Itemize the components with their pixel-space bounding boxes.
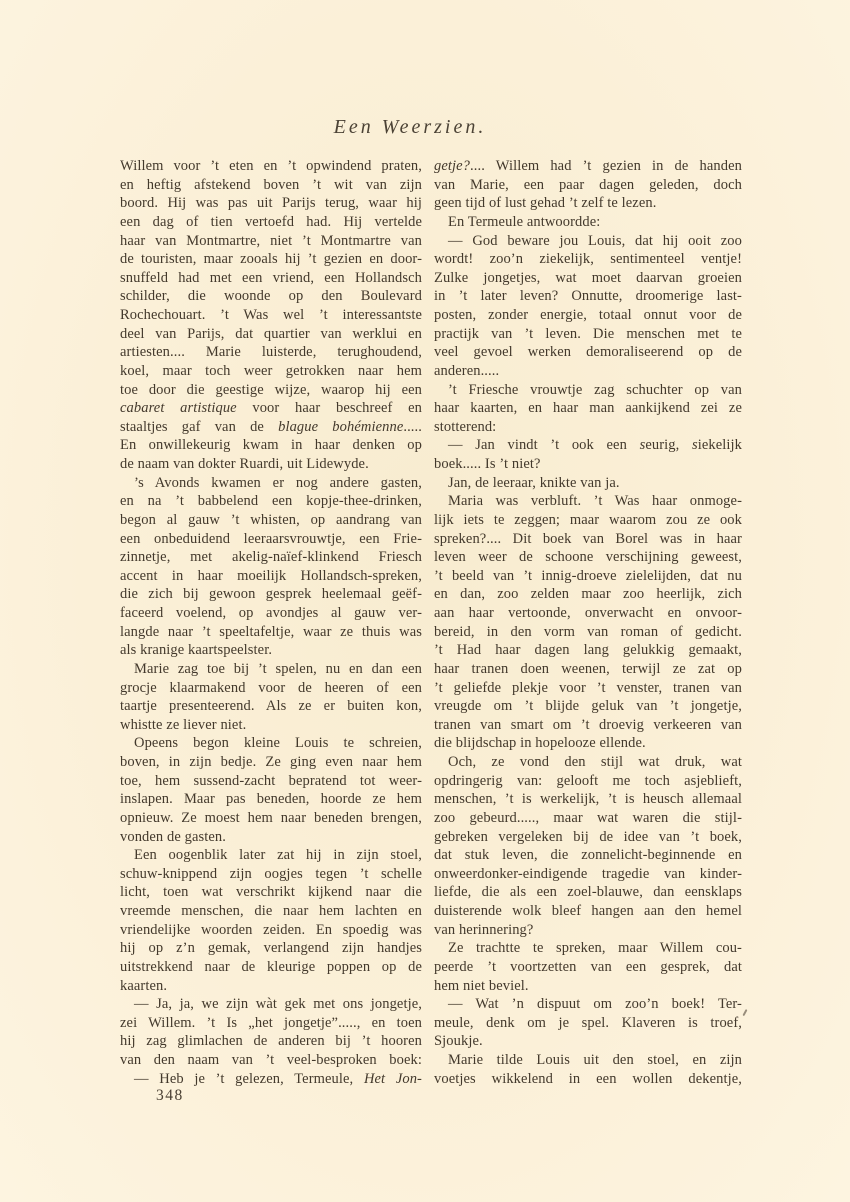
text-line: tranen van smart om ’t droevig verkeeren… [434,716,742,735]
text-line: duisterende wolk bleef hangen aan den he… [434,902,742,921]
text-line: dat stuk leven, die zonnelicht-beginnend… [434,846,742,865]
text-line: en heftig afstekend boven ’t wit van zij… [120,176,422,195]
text-line: Ze trachtte te spreken, maar Willem cou- [434,939,742,958]
text-columns: Willem voor ’t eten en ’t opwindend prat… [120,157,742,1088]
text-line: zinnetje, met akelig-naïef-klinkend Frie… [120,548,422,567]
text-line: — Wat ’n dispuut om zoo’n boek! Ter- [434,995,742,1014]
text-line: vonden de gasten. [120,828,422,847]
text-line: hij op z’n gemak, verlangend zijn handje… [120,939,422,958]
text-line: Marie zag toe bij ’t spelen, nu en dan e… [120,660,422,679]
stray-ink-mark [742,1009,747,1016]
text-line: voetjes wikkelend in een wollen dekentje… [434,1070,742,1089]
text-line: een onbeduidend leeraarsvrouwtje, een Fr… [120,530,422,549]
text-line: licht, toen wat verschrikt kijkend naar … [120,883,422,902]
text-line: een dag of tien vertoefd had. Hij vertel… [120,213,422,232]
text-line: boven, in zijn bedje. Ze ging even naar … [120,753,422,772]
text-line: schuw-knippend zijn oogjes tegen ’t sche… [120,865,422,884]
text-line: de touristen, maar zooals hij ’t gezien … [120,250,422,269]
text-line: Sjoukje. [434,1032,742,1051]
text-line: boek..... Is ’t niet? [434,455,742,474]
text-line: aan haar vertoonde, onverwacht en onvoor… [434,604,742,623]
text-line: spreken?.... Dit boek van Borel was in h… [434,530,742,549]
text-line: menschen, ’t is werkelijk, ’t is heusch … [434,790,742,809]
text-line: Willem voor ’t eten en ’t opwindend prat… [120,157,422,176]
text-line: en dan, zoo zelden maar zoo heerlijk, zi… [434,585,742,604]
text-line: Och, ze vond den stijl wat druk, wat [434,753,742,772]
text-line: artiesten.... Marie luisterde, terughoud… [120,343,422,362]
text-line: haar kaarten, en haar man aankijkend zei… [434,399,742,418]
left-column: Willem voor ’t eten en ’t opwindend prat… [120,157,422,1088]
text-line: staaltjes gaf van de blague bohémienne..… [120,418,422,437]
text-line: Zulke jongetjes, wat moet daarvan groeie… [434,269,742,288]
text-line: van herinnering? [434,921,742,940]
text-line: ’s Avonds kwamen er nog andere gasten, [120,474,422,493]
text-line: haar van Montmartre, niet ’t Montmartre … [120,232,422,251]
text-line: toe, hem sussend-zacht bepratend tot wee… [120,772,422,791]
text-line: Rochechouart. ’t Was wel ’t interessants… [120,306,422,325]
text-line: faceerd voelend, op avondjes al gauw ver… [120,604,422,623]
text-line: de naam van dokter Ruardi, uit Lidewyde. [120,455,422,474]
text-line: practijk van ’t leven. Die menschen met … [434,325,742,344]
text-line: onweerdonker-eindigende tragedie van kin… [434,865,742,884]
text-line: als kranige kaartspeelster. [120,641,422,660]
text-line: hij zag glimlachen de anderen bij ’t hoo… [120,1032,422,1051]
page-number: 348 [156,1087,184,1105]
text-line: whistte ze liever niet. [120,716,422,735]
text-line: Jan, de leeraar, knikte van ja. [434,474,742,493]
text-line: En Termeule antwoordde: [434,213,742,232]
text-line: opdringerig van: gelooft me toch asjebli… [434,772,742,791]
text-line: getje?.... Willem had ’t gezien in de ha… [434,157,742,176]
text-line: gebreken vergeleken bij de idee van ’t b… [434,828,742,847]
text-line: peerde ’t voortzetten van een gesprek, d… [434,958,742,977]
text-line: — Ja, ja, we zijn wàt gek met ons jonget… [120,995,422,1014]
text-line: in ’t later leven? Onnutte, droomerige l… [434,287,742,306]
text-line: En onwillekeurig kwam in haar denken op [120,436,422,455]
text-line: begon al gauw ’t whisten, op aandrang va… [120,511,422,530]
text-line: posten, zonder energie, totaal onnut voo… [434,306,742,325]
text-line: anderen..... [434,362,742,381]
text-line: vreugde om ’t blijde geluk van ’t jonget… [434,697,742,716]
text-line: opnieuw. Ze moest hem naar beneden breng… [120,809,422,828]
text-line: liefde, die als een zoel-blauwe, dan een… [434,883,742,902]
text-line: wordt! zoo’n ziekelijk, sentimenteel ven… [434,250,742,269]
text-line: Een oogenblik later zat hij in zijn stoe… [120,846,422,865]
text-line: bereid, in den vorm van roman of gedicht… [434,623,742,642]
text-line: van Marie, een paar dagen geleden, doch [434,176,742,195]
text-line: veel gevoel werken demoraliseerend op de [434,343,742,362]
text-line: langde naar ’t speeltafeltje, waar ze th… [120,623,422,642]
text-line: ’t beeld van ’t innig-droeve zielelijden… [434,567,742,586]
text-line: kaarten. [120,977,422,996]
text-line: hem niet beviel. [434,977,742,996]
right-column: getje?.... Willem had ’t gezien in de ha… [434,157,742,1088]
text-line: schilder, die woonde op den Boulevard [120,287,422,306]
text-line: leven weer de schoone verschijning gewee… [434,548,742,567]
text-line: — Heb je ’t gelezen, Termeule, Het Jon- [120,1070,422,1089]
text-line: ’t geliefde plekje voor ’t venster, tran… [434,679,742,698]
text-line: die blijdschap in hopelooze ellende. [434,734,742,753]
book-page: Een Weerzien. Willem voor ’t eten en ’t … [0,0,850,1202]
text-line: — God beware jou Louis, dat hij ooit zoo [434,232,742,251]
text-line: en na ’t babbelend een kopje-thee-drinke… [120,492,422,511]
text-line: uitstrekkend naar de kleurige poppen op … [120,958,422,977]
text-line: — Jan vindt ’t ook een seurig, siekelijk [434,436,742,455]
text-line: vreemde menschen, die naar hem lachten e… [120,902,422,921]
text-line: taartje presenteerend. Als ze er buiten … [120,697,422,716]
text-line: cabaret artistique voor haar beschreef e… [120,399,422,418]
text-line: lijk iets te zeggen; maar waarom zou ze … [434,511,742,530]
text-line: vriendelijke woorden zeiden. En spoedig … [120,921,422,940]
text-line: accent in haar moeilijk Hollandsch-sprek… [120,567,422,586]
text-line: meule, denk om je spel. Klaveren is troe… [434,1014,742,1033]
text-line: ’t Friesche vrouwtje zag schuchter op va… [434,381,742,400]
text-line: boord. Hij was pas uit Parijs terug, waa… [120,194,422,213]
text-line: Marie tilde Louis uit den stoel, en zijn [434,1051,742,1070]
text-line: zei Willem. ’t Is „het jongetje”....., e… [120,1014,422,1033]
text-line: koel, maar toch weer getrokken naar hem [120,362,422,381]
text-line: snuffeld had met een vriend, een Holland… [120,269,422,288]
text-line: deel van Parijs, dat quartier van werklu… [120,325,422,344]
text-line: van den naam van ’t veel-besproken boek: [120,1051,422,1070]
text-line: Opeens begon kleine Louis te schreien, [120,734,422,753]
text-line: die zich bij gewoon gesprek heelemaal ge… [120,585,422,604]
text-line: geen tijd of lust gehad ’t zelf te lezen… [434,194,742,213]
text-line: inslapen. Maar pas beneden, hoorde ze he… [120,790,422,809]
text-line: grocje klaarmakend voor de heeren of een [120,679,422,698]
text-line: zoo gebeurd....., maar wat waren die sti… [434,809,742,828]
text-line: toe door die geestige wijze, waarop hij … [120,381,422,400]
text-line: stotterend: [434,418,742,437]
text-line: haar tranen doen weenen, terwijl ze zat … [434,660,742,679]
text-line: Maria was verbluft. ’t Was haar onmoge- [434,492,742,511]
text-line: ’t Had haar dagen lang gelukkig gemaakt, [434,641,742,660]
page-title: Een Weerzien. [120,116,700,139]
